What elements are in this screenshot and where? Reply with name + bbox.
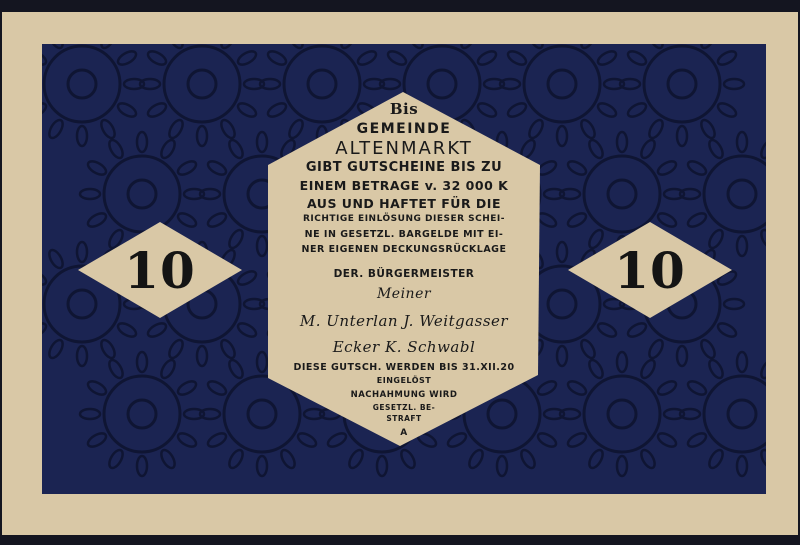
validity-text: DIESE GUTSCH. WERDEN BIS 31.XII.20 [268,362,540,373]
validity-text-2: EINGELÖST [268,376,540,385]
mayor-label: DER. BÜRGERMEISTER [268,268,540,280]
left-denomination-value: 10 [78,222,242,318]
text-line9: NER EIGENEN DECKUNGSRÜCKLAGE [268,244,540,255]
warning-line-2: GESETZL. BE- [268,403,540,412]
text-line8: NE IN GESETZL. BARGELDE MIT EI- [268,229,540,240]
signature-2: M. Unterlan J. Weitgasser [268,312,540,330]
warning-line-3: STRAFT [268,414,540,423]
text-line4: GIBT GUTSCHEINE BIS ZU [268,160,540,175]
text-altenmarkt: ALTENMARKT [268,138,540,159]
blue-print-panel: 10 10 Bis GEMEINDE ALTENMARKT GIBT GUTSC… [42,44,766,494]
center-hexagon: Bis GEMEINDE ALTENMARKT GIBT GUTSCHEINE … [268,92,540,446]
right-denomination-value: 10 [568,222,732,318]
warning-line-1: NACHAHMUNG WIRD [268,390,540,400]
text-bis: Bis [268,100,540,118]
text-line6: AUS UND HAFTET FÜR DIE [268,196,540,211]
text-line7: RICHTIGE EINLÖSUNG DIESER SCHEI- [268,214,540,224]
right-denomination-diamond: 10 [568,222,732,318]
signature-3: Ecker K. Schwabl [268,338,540,356]
printer-mark: A [268,428,540,438]
text-line5: EINEM BETRAGE v. 32 000 K [268,178,540,193]
signature-1: Meiner [268,286,540,302]
left-denomination-diamond: 10 [78,222,242,318]
text-gemeinde: GEMEINDE [268,121,540,137]
